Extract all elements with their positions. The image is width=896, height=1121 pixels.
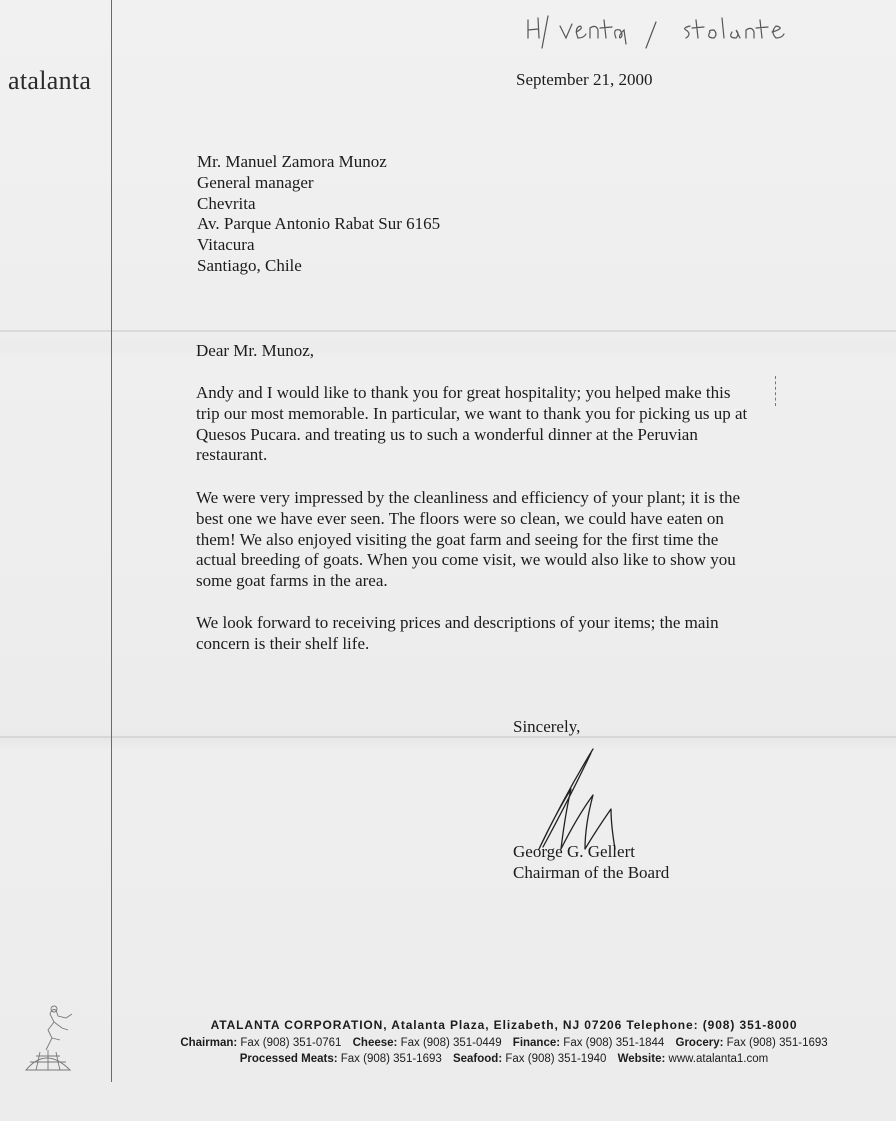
recipient-district: Vitacura	[197, 235, 440, 256]
salutation: Dear Mr. Munoz,	[196, 341, 314, 361]
contact-value: Fax (908) 351-1693	[727, 1037, 828, 1049]
body-paragraph-1: Andy and I would like to thank you for g…	[196, 383, 786, 466]
text-line: them! We also enjoyed visiting the goat …	[196, 530, 786, 551]
contact-label: Chairman:	[180, 1037, 237, 1049]
body-paragraph-3: We look forward to receiving prices and …	[196, 613, 786, 655]
contact-value: Fax (908) 351-1940	[505, 1053, 606, 1065]
text-line: concern is their shelf life.	[196, 634, 786, 655]
signer-name: George G. Gellert	[513, 842, 669, 863]
signature-icon	[525, 745, 635, 855]
text-line: We were very impressed by the cleanlines…	[196, 488, 786, 509]
recipient-name: Mr. Manuel Zamora Munoz	[197, 152, 440, 173]
contact-label: Grocery:	[676, 1037, 724, 1049]
letter-date: September 21, 2000	[516, 70, 652, 90]
contact-label: Cheese:	[353, 1037, 398, 1049]
department-contacts-row-2: Processed Meats: Fax (908) 351-1693 Seaf…	[112, 1053, 896, 1065]
contact-label: Processed Meats:	[240, 1053, 338, 1065]
letterhead-brand: atalanta	[8, 66, 91, 96]
signer-title: Chairman of the Board	[513, 863, 669, 884]
atalanta-runner-on-globe-icon	[22, 1000, 94, 1078]
body-paragraph-2: We were very impressed by the cleanlines…	[196, 488, 786, 592]
contact-value: Fax (908) 351-1844	[563, 1037, 664, 1049]
contact-label: Seafood:	[453, 1053, 502, 1065]
text-line: restaurant.	[196, 445, 786, 466]
closing: Sincerely,	[513, 717, 580, 737]
contact-label: Website:	[618, 1053, 666, 1065]
text-line: actual breeding of goats. When you come …	[196, 550, 786, 571]
recipient-title: General manager	[197, 173, 440, 194]
signer-block: George G. Gellert Chairman of the Board	[513, 842, 669, 884]
letter-page: atalanta H/ ventas / atalanta September …	[0, 0, 896, 1121]
department-contacts-row-1: Chairman: Fax (908) 351-0761 Cheese: Fax…	[112, 1037, 896, 1049]
recipient-street: Av. Parque Antonio Rabat Sur 6165	[197, 214, 440, 235]
recipient-company: Chevrita	[197, 194, 440, 215]
text-line: best one we have ever seen. The floors w…	[196, 509, 786, 530]
contact-value: Fax (908) 351-1693	[341, 1053, 442, 1065]
text-line: Quesos Pucara. and treating us to such a…	[196, 425, 786, 446]
contact-value: Fax (908) 351-0449	[401, 1037, 502, 1049]
text-line: We look forward to receiving prices and …	[196, 613, 786, 634]
paper-fold-line	[0, 736, 896, 738]
website-link[interactable]: www.atalanta1.com	[669, 1053, 769, 1065]
letterhead-vertical-rule	[111, 0, 112, 1082]
text-line: Andy and I would like to thank you for g…	[196, 383, 786, 404]
recipient-address: Mr. Manuel Zamora Munoz General manager …	[197, 152, 440, 277]
margin-pen-mark	[775, 376, 777, 406]
text-line: trip our most memorable. In particular, …	[196, 404, 786, 425]
contact-value: Fax (908) 351-0761	[240, 1037, 341, 1049]
recipient-city: Santiago, Chile	[197, 256, 440, 277]
contact-label: Finance:	[513, 1037, 560, 1049]
letterhead-footer: ATALANTA CORPORATION, Atalanta Plaza, El…	[112, 1018, 896, 1069]
company-address-line: ATALANTA CORPORATION, Atalanta Plaza, El…	[112, 1018, 896, 1032]
text-line: some goat farms in the area.	[196, 571, 786, 592]
paper-fold-line	[0, 330, 896, 332]
